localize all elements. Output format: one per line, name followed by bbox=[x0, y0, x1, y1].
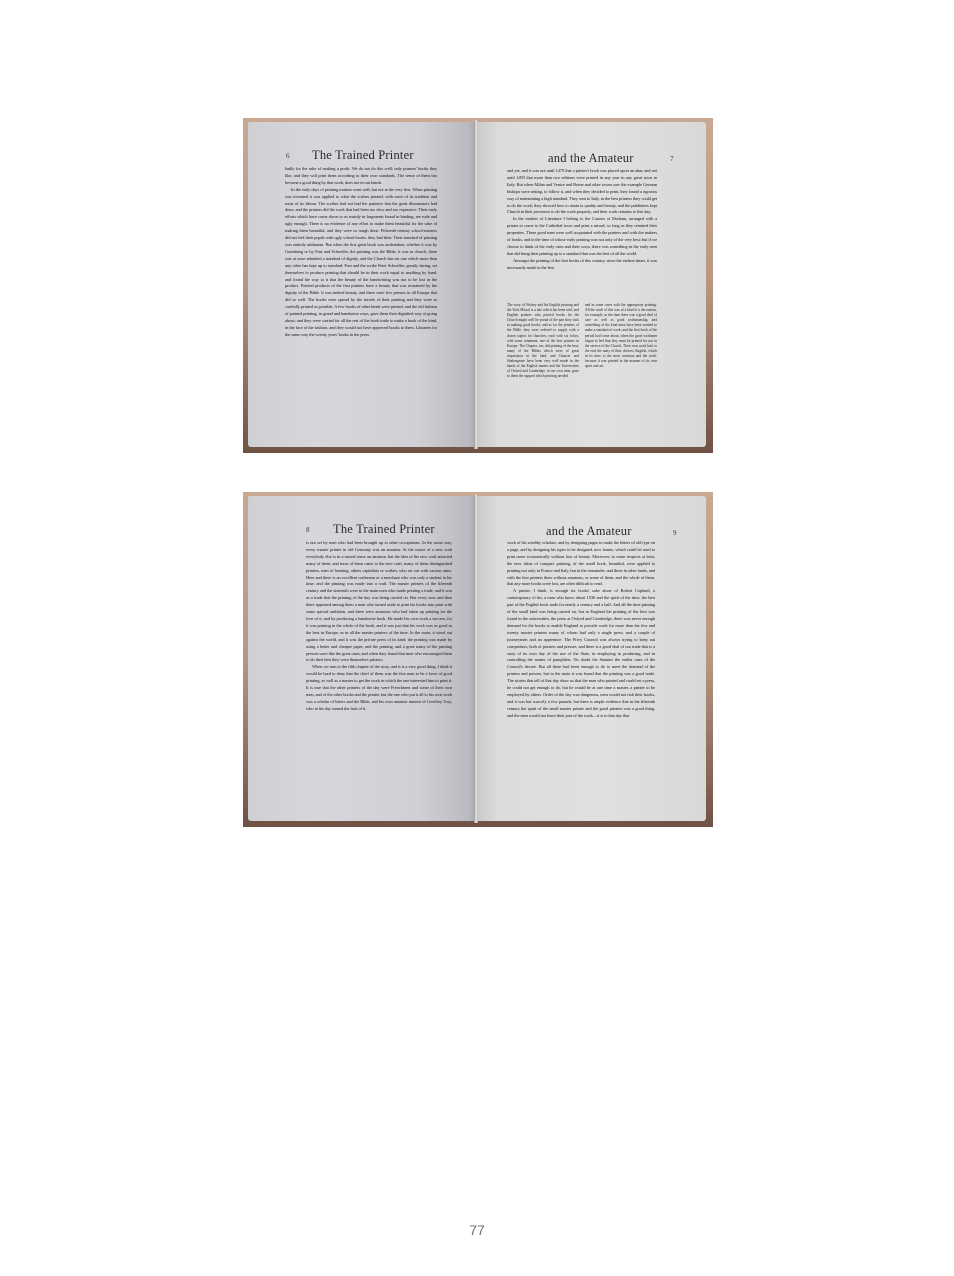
paragraph: work of his wealthy scholars, and by des… bbox=[507, 540, 655, 588]
paragraph: In the early days of printing matters we… bbox=[285, 187, 437, 339]
folio: 7 bbox=[670, 155, 674, 163]
footnotes: The story of Wolsey and his English prin… bbox=[507, 303, 657, 380]
running-head: and the Amateur bbox=[546, 524, 632, 539]
running-head: The Trained Printer bbox=[312, 148, 414, 163]
paragraph: Amongst the printing of the first books … bbox=[507, 258, 657, 272]
folio: 9 bbox=[673, 529, 677, 537]
footnote-column: The story of Wolsey and his English prin… bbox=[507, 303, 579, 380]
paragraph: In the matters of Literature I belong to… bbox=[507, 216, 657, 257]
running-head: and the Amateur bbox=[548, 151, 634, 166]
paragraph: A printer, I think, is enough for books'… bbox=[507, 588, 655, 719]
right-page: and the Amateur 7 and yet, and it was no… bbox=[477, 122, 706, 447]
page-number: 77 bbox=[0, 1222, 954, 1238]
body-text: work of his wealthy scholars, and by des… bbox=[507, 540, 655, 760]
body-text: is not set by men who had been brought u… bbox=[306, 540, 452, 760]
body-text: badly for the sake of making a profit. W… bbox=[285, 166, 437, 384]
book-photo-spread-2: 8 The Trained Printer is not set by men … bbox=[243, 492, 713, 827]
body-text: and yet, and it was not until 1479 that … bbox=[507, 168, 657, 299]
paragraph: is not set by men who had been brought u… bbox=[306, 540, 452, 664]
left-page: 8 The Trained Printer is not set by men … bbox=[248, 496, 475, 821]
left-page: 6 The Trained Printer badly for the sake… bbox=[248, 122, 475, 447]
book-photo-spread-1: 6 The Trained Printer badly for the sake… bbox=[243, 118, 713, 453]
paragraph: and yet, and it was not until 1479 that … bbox=[507, 168, 657, 216]
running-head: The Trained Printer bbox=[333, 522, 435, 537]
right-page: and the Amateur 9 work of his wealthy sc… bbox=[477, 496, 706, 821]
folio: 8 bbox=[306, 526, 310, 534]
paragraph: badly for the sake of making a profit. W… bbox=[285, 166, 437, 187]
paragraph: When we turn to the fifth chapter of the… bbox=[306, 664, 452, 712]
folio: 6 bbox=[286, 152, 290, 160]
footnote-column: and in some cases with the appropriate p… bbox=[585, 303, 657, 380]
